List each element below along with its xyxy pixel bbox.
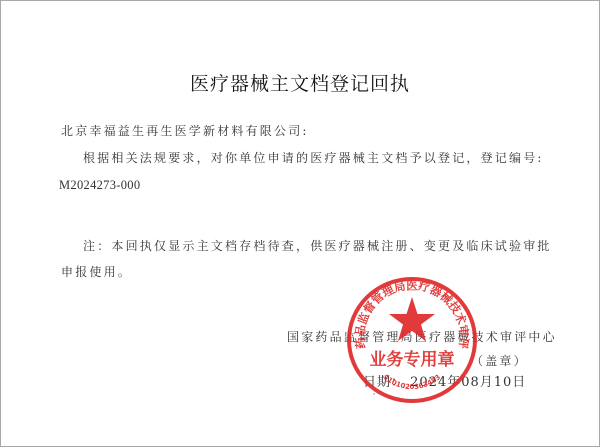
- seal-note: （盖章）: [471, 352, 528, 369]
- stamp-center-text: 业务专用章: [370, 349, 455, 370]
- body-paragraph: 根据相关法规要求，对你单位申请的医疗器械主文档予以登记，登记编号:: [83, 149, 544, 166]
- addressee: 北京幸福益生再生医学新材料有限公司:: [61, 122, 309, 139]
- document-page: 医疗器械主文档登记回执 北京幸福益生再生医学新材料有限公司: 根据相关法规要求，…: [0, 0, 600, 447]
- issue-date: 日期： 2024年08月10日: [363, 371, 526, 390]
- stray-dot: [373, 393, 375, 395]
- registration-number: M2024273-000: [59, 178, 140, 193]
- note-line-2: 申报使用。: [61, 263, 132, 280]
- issuer-name: 国家药品监督管理局医疗器械技术审评中心: [287, 328, 557, 345]
- note-line-1: 注：本回执仅显示主文档存档待查，供医疗器械注册、变更及临床试验审批: [83, 237, 552, 254]
- document-title: 医疗器械主文档登记回执: [1, 69, 599, 96]
